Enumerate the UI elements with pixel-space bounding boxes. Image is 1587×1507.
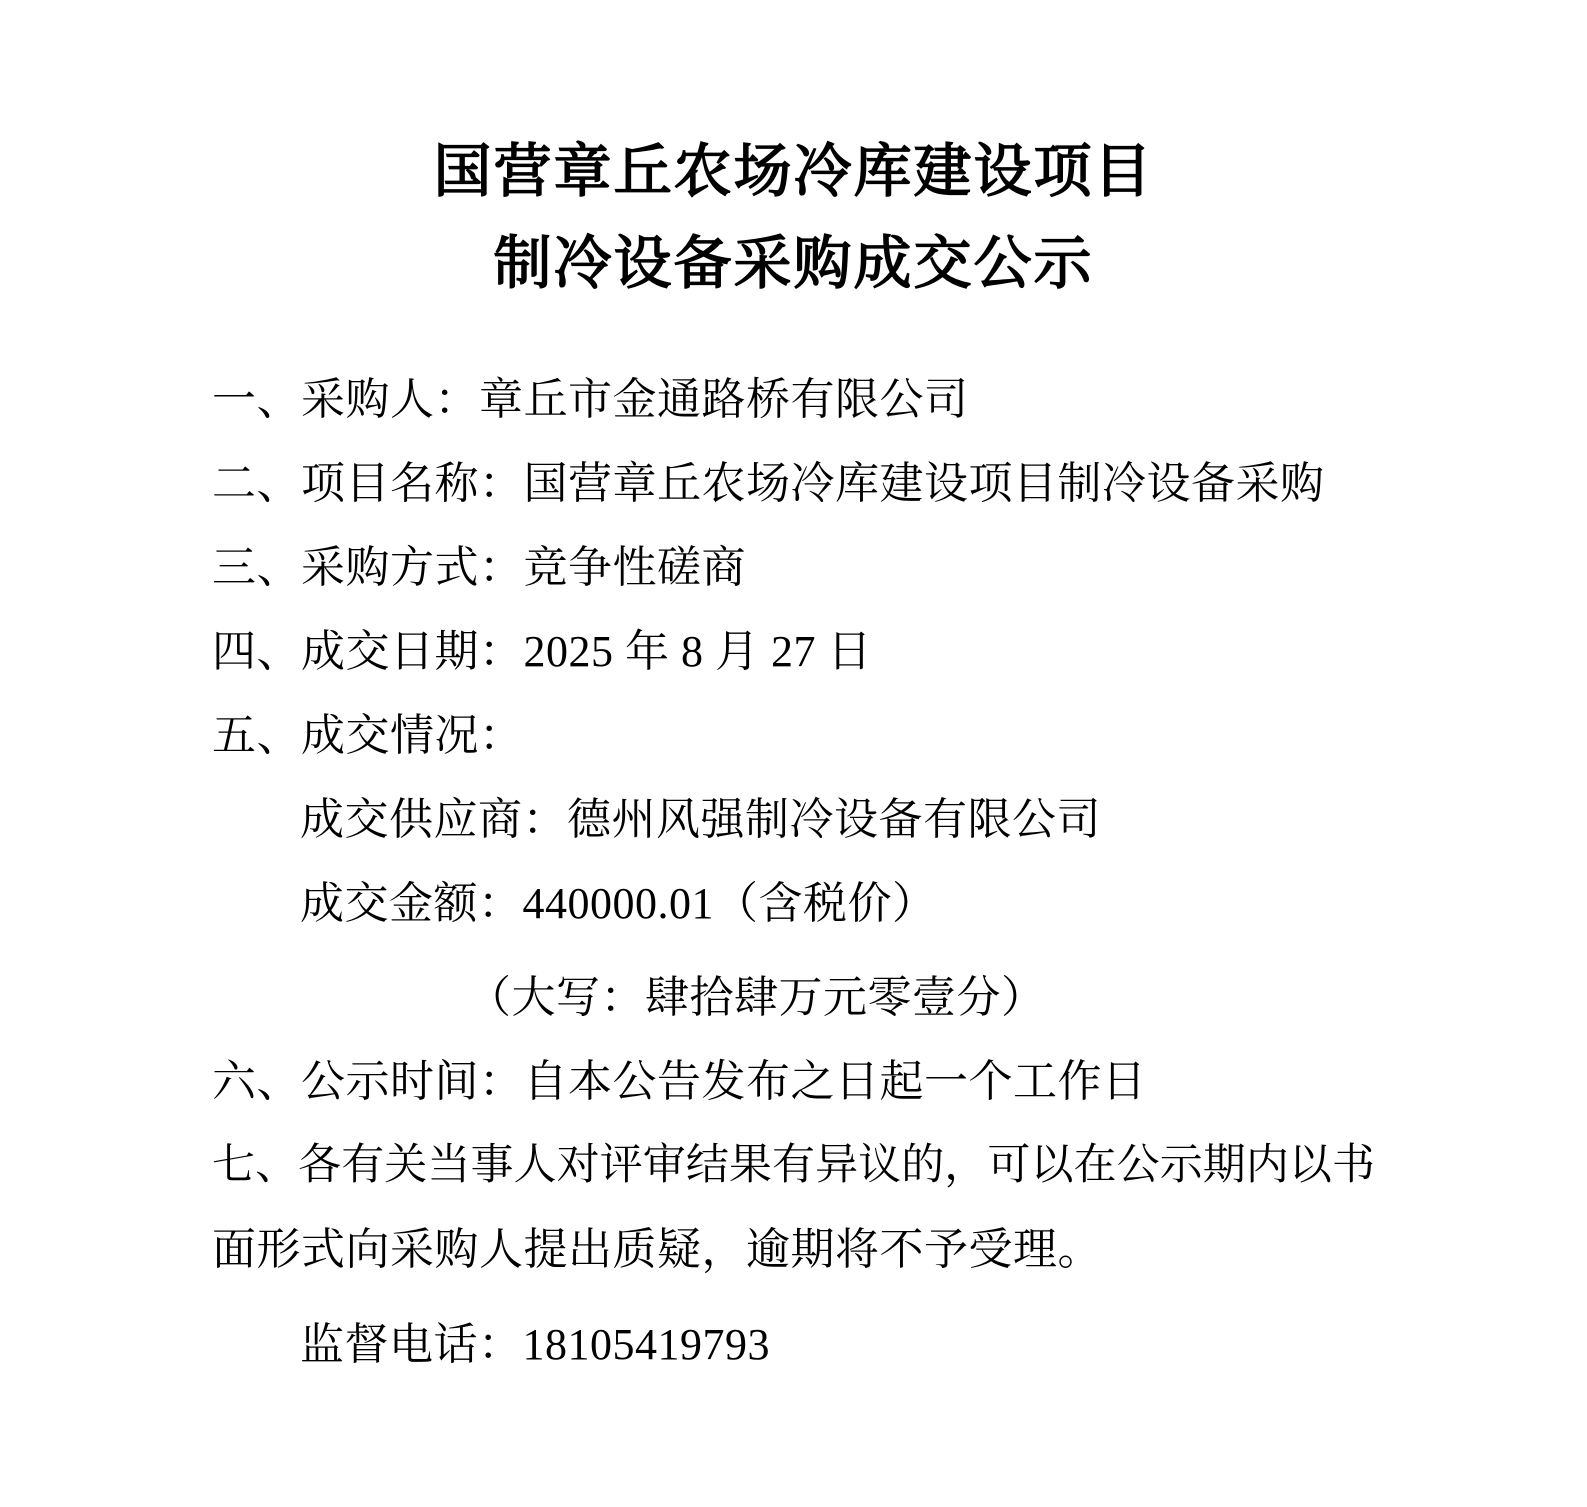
project-name-line: 二、项目名称：国营章丘农场冷库建设项目制冷设备采购: [212, 442, 1375, 526]
title-line-2: 制冷设备采购成交公示: [0, 218, 1587, 310]
objection-line-1: 七、各有关当事人对评审结果有异议的，可以在公示期内以书: [212, 1124, 1375, 1208]
document-body: 一、采购人：章丘市金通路桥有限公司 二、项目名称：国营章丘农场冷库建设项目制冷设…: [212, 358, 1375, 1387]
award-info-line: 五、成交情况：: [212, 694, 1375, 778]
document-page: 国营章丘农场冷库建设项目 制冷设备采购成交公示 一、采购人：章丘市金通路桥有限公…: [0, 0, 1587, 1507]
publicity-period-line: 六、公示时间：自本公告发布之日起一个工作日: [212, 1040, 1375, 1124]
purchaser-line: 一、采购人：章丘市金通路桥有限公司: [212, 358, 1375, 442]
amount-in-words-line: （大写：肆拾肆万元零壹分）: [212, 956, 1375, 1040]
objection-line-2: 面形式向采购人提出质疑，逾期将不予受理。: [212, 1208, 1375, 1292]
amount-line: 成交金额：440000.01（含税价）: [212, 862, 1375, 946]
procurement-method-line: 三、采购方式：竞争性磋商: [212, 526, 1375, 610]
supervision-phone-line: 监督电话：18105419793: [212, 1303, 1375, 1387]
supplier-line: 成交供应商：德州风强制冷设备有限公司: [212, 778, 1375, 862]
document-title: 国营章丘农场冷库建设项目 制冷设备采购成交公示: [0, 126, 1587, 310]
award-date-line: 四、成交日期：2025 年 8 月 27 日: [212, 610, 1375, 694]
title-line-1: 国营章丘农场冷库建设项目: [0, 126, 1587, 218]
